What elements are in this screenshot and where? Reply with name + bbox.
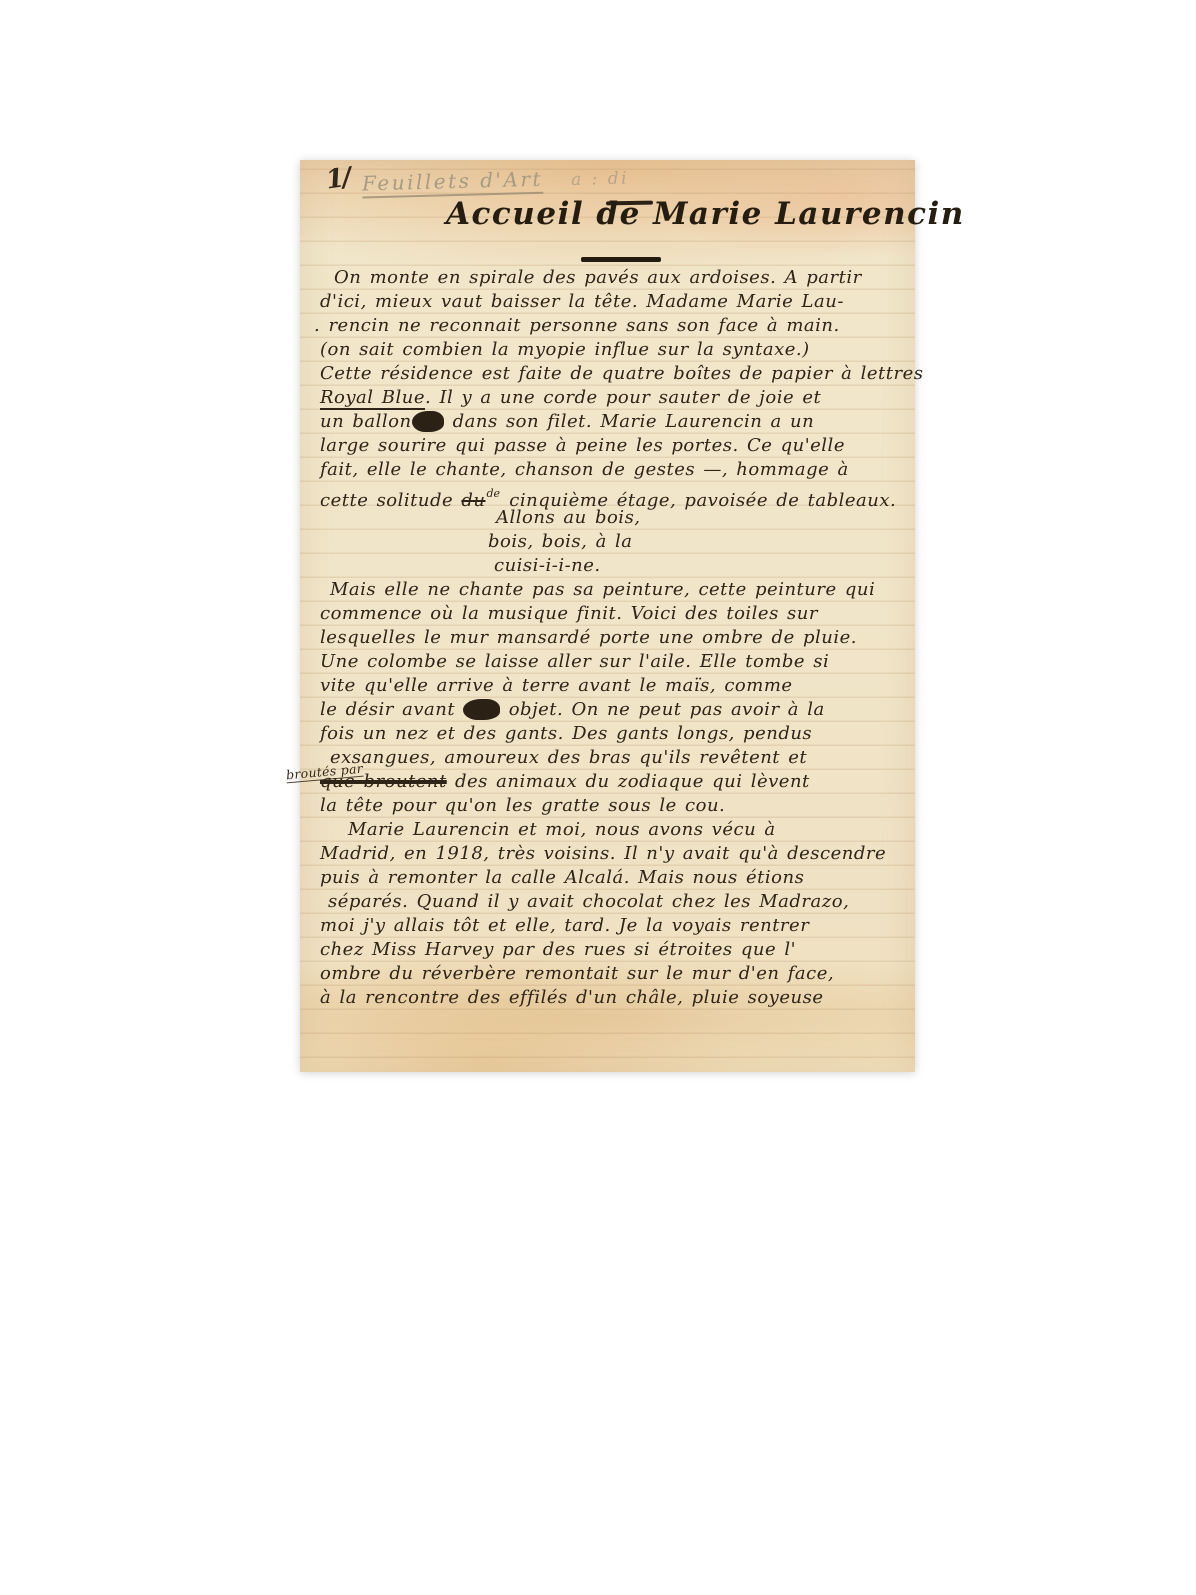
manuscript-segment: vite qu'elle arrive à terre avant le maï… — [320, 675, 793, 696]
title-underline — [581, 257, 661, 262]
manuscript-line: commence où la musique finit. Voici des … — [320, 602, 910, 626]
manuscript-line: chez Miss Harvey par des rues si étroite… — [320, 938, 910, 962]
manuscript-line: fois un nez et des gants. Des gants long… — [320, 722, 910, 746]
manuscript-line: Mais elle ne chante pas sa peinture, cet… — [320, 578, 910, 602]
manuscript-line: un ballonam dans son filet. Marie Lauren… — [320, 410, 910, 434]
manuscript-segment-blot: son — [463, 699, 500, 720]
page-number-mark: 1/ — [324, 163, 352, 196]
manuscript-segment: d'ici, mieux vaut baisser la tête. Madam… — [320, 291, 844, 312]
pencil-annotation-text: Feuillets d'Art — [362, 167, 544, 199]
manuscript-segment: la tête pour qu'on les gratte sous le co… — [320, 795, 725, 816]
manuscript-segment: bois, bois, à la — [488, 531, 633, 552]
manuscript-segment: lesquelles le mur mansardé porte une omb… — [320, 627, 857, 648]
manuscript-line: d'ici, mieux vaut baisser la tête. Madam… — [320, 290, 910, 314]
manuscript-line: Cette résidence est faite de quatre boît… — [320, 362, 910, 386]
manuscript-segment: un ballon — [320, 411, 412, 432]
manuscript-line: Royal Blue. Il y a une corde pour sauter… — [320, 386, 910, 410]
manuscript-line: Marie Laurencin et moi, nous avons vécu … — [320, 818, 910, 842]
manuscript-line: Une colombe se laisse aller sur l'aile. … — [320, 650, 910, 674]
manuscript-line: la tête pour qu'on les gratte sous le co… — [320, 794, 910, 818]
manuscript-segment: . rencin ne reconnait personne sans son … — [314, 315, 840, 336]
manuscript-segment: puis à remonter la calle Alcalá. Mais no… — [320, 867, 804, 888]
manuscript-line: exsangues, amoureux des bras qu'ils revê… — [320, 746, 910, 770]
manuscript-segment: Allons au bois, — [496, 507, 641, 528]
pencil-annotation: Feuillets d'Arta : di — [362, 165, 630, 196]
manuscript-line: . rencin ne reconnait personne sans son … — [314, 314, 910, 338]
manuscript-lines: On monte en spirale des pavés aux ardois… — [320, 266, 910, 1010]
manuscript-segment: cuisi-i-i-ne. — [494, 555, 601, 576]
manuscript-segment: (on sait combien la myopie influe sur la… — [320, 339, 810, 360]
manuscript-segment: large sourire qui passe à peine les port… — [320, 435, 845, 456]
manuscript-line: (on sait combien la myopie influe sur la… — [320, 338, 910, 362]
manuscript-line: à la rencontre des effilés d'un châle, p… — [320, 986, 910, 1010]
manuscript-line: On monte en spirale des pavés aux ardois… — [320, 266, 910, 290]
manuscript-segment: des animaux du zodiaque qui lèvent — [447, 771, 810, 792]
manuscript-segment: Une colombe se laisse aller sur l'aile. … — [320, 651, 829, 672]
manuscript-segment: objet. On ne peut pas avoir à la — [500, 699, 824, 720]
manuscript-line: le désir avant son objet. On ne peut pas… — [320, 698, 910, 722]
manuscript-line: vite qu'elle arrive à terre avant le maï… — [320, 674, 910, 698]
manuscript-segment: séparés. Quand il y avait chocolat chez … — [328, 891, 849, 912]
manuscript-line: fait, elle le chante, chanson de gestes … — [320, 458, 910, 482]
manuscript-line: large sourire qui passe à peine les port… — [320, 434, 910, 458]
manuscript-segment: Marie Laurencin et moi, nous avons vécu … — [348, 819, 776, 840]
pencil-annotation-extra: a : di — [571, 169, 630, 191]
manuscript-segment: moi j'y allais tôt et elle, tard. Je la … — [320, 915, 809, 936]
manuscript-segment: cette solitude — [320, 490, 461, 511]
manuscript-line: puis à remonter la calle Alcalá. Mais no… — [320, 866, 910, 890]
manuscript-segment: Madrid, en 1918, très voisins. Il n'y av… — [320, 843, 886, 864]
manuscript-line: cuisi-i-i-ne. — [320, 554, 910, 578]
manuscript-line: bois, bois, à la — [320, 530, 910, 554]
page-title: Accueil de Marie Laurencin — [446, 196, 965, 232]
manuscript-segment: Cette résidence est faite de quatre boît… — [320, 363, 924, 384]
manuscript-segment: . Il y a une corde pour sauter de joie e… — [425, 387, 821, 408]
manuscript-segment: On monte en spirale des pavés aux ardois… — [334, 267, 862, 288]
manuscript-page: 1/ Feuillets d'Arta : di Accueil de Mari… — [300, 160, 915, 1072]
manuscript-line: lesquelles le mur mansardé porte une omb… — [320, 626, 910, 650]
manuscript-line: que broutent des animaux du zodiaque qui… — [320, 770, 910, 794]
manuscript-segment: Mais elle ne chante pas sa peinture, cet… — [330, 579, 875, 600]
manuscript-segment-sup: de — [487, 487, 501, 500]
manuscript-segment: exsangues, amoureux des bras qu'ils revê… — [330, 747, 807, 768]
manuscript-segment: fois un nez et des gants. Des gants long… — [320, 723, 812, 744]
manuscript-line: Madrid, en 1918, très voisins. Il n'y av… — [320, 842, 910, 866]
manuscript-segment: fait, elle le chante, chanson de gestes … — [320, 459, 849, 480]
manuscript-segment: à la rencontre des effilés d'un châle, p… — [320, 987, 824, 1008]
manuscript-segment: commence où la musique finit. Voici des … — [320, 603, 818, 624]
manuscript-line: séparés. Quand il y avait chocolat chez … — [320, 890, 910, 914]
manuscript-line: ombre du réverbère remontait sur le mur … — [320, 962, 910, 986]
manuscript-segment-strike: du — [461, 490, 485, 511]
manuscript-segment-u: Royal Blue — [320, 387, 425, 410]
manuscript-segment: chez Miss Harvey par des rues si étroite… — [320, 939, 796, 960]
manuscript-line: cette solitude dude cinquième étage, pav… — [320, 482, 910, 506]
manuscript-segment-blot: am — [412, 411, 445, 432]
manuscript-line: moi j'y allais tôt et elle, tard. Je la … — [320, 914, 910, 938]
manuscript-segment: ombre du réverbère remontait sur le mur … — [320, 963, 834, 984]
manuscript-segment: dans son filet. Marie Laurencin a un — [444, 411, 814, 432]
manuscript-segment: le désir avant — [320, 699, 463, 720]
